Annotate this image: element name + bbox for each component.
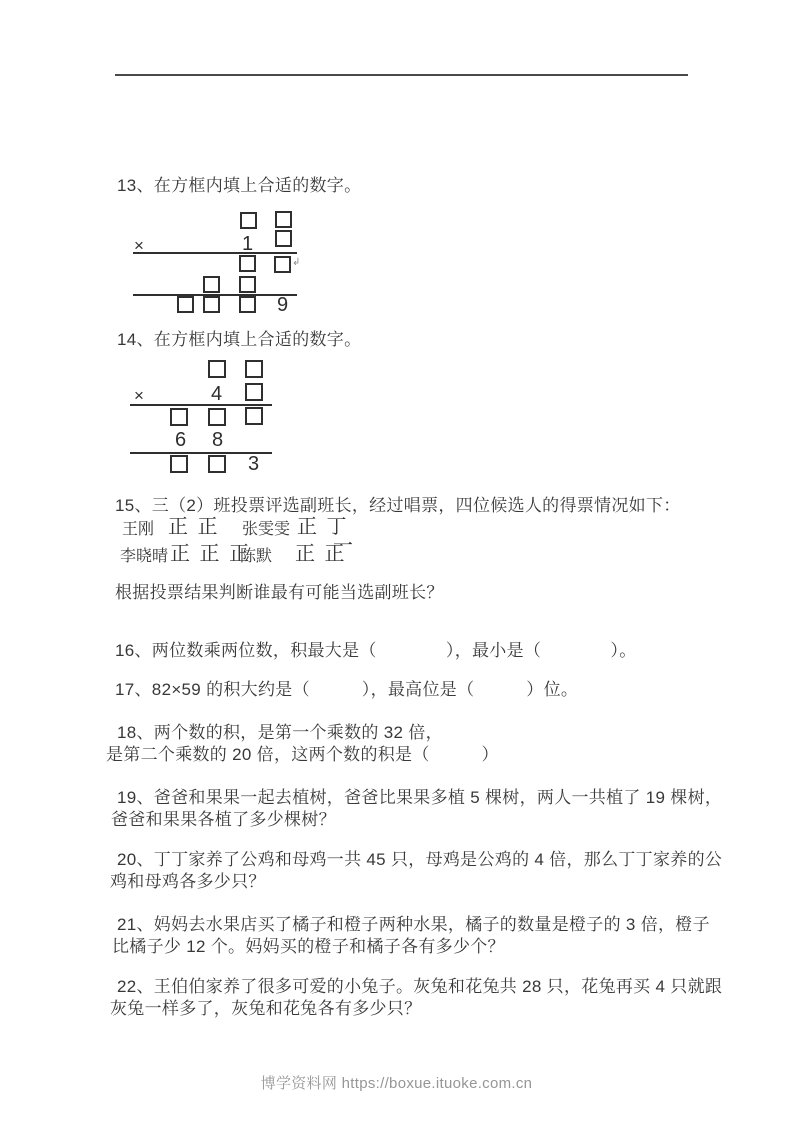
answer-box [245,407,263,425]
answer-box [245,360,263,378]
tally-marks: 正 正 [168,516,220,538]
multiply-sign: × [134,387,144,404]
problem-19-line1: 19、爸爸和果果一起去植树，爸爸比果果多植 5 棵树，两人一共植了 19 棵树， [117,788,722,808]
multiplier-digit: 1 [242,234,253,254]
answer-box [203,296,220,313]
answer-box [245,383,263,401]
answer-box [239,255,256,272]
problem-15-title: 15、三（2）班投票评选副班长，经过唱票，四位候选人的得票情况如下： [115,496,681,516]
problem-21-line2: 比橘子少 12 个。妈妈买的橙子和橘子各有多少个？ [112,937,505,957]
problem-20-line1: 20、丁丁家养了公鸡和母鸡一共 45 只，母鸡是公鸡的 4 倍，那么丁丁家养的公 [117,850,722,870]
candidate-name: 陈默 [240,547,272,566]
tally-marks: 正 正 正 [170,543,251,565]
problem-21-line1: 21、妈妈去水果店买了橘子和橙子两种水果，橘子的数量是橙子的 3 倍，橙子 [117,915,710,935]
stray-return-mark: ↲ [292,258,300,268]
problem-17-text: 17、82×59 的积大约是（ ），最高位是（ ）位。 [115,680,578,700]
answer-box [275,230,292,247]
problem-14-title: 14、在方框内填上合适的数字。 [117,330,361,350]
footer-watermark: 博学资料网 https://boxue.ituoke.com.cn [0,1074,793,1094]
problem-22-line2: 灰兔一样多了，灰兔和花兔各有多少只？ [110,999,421,1019]
product-digit: 9 [277,295,288,315]
answer-box [239,296,256,313]
problem-15-question: 根据投票结果判断谁最有可能当选副班长？ [115,583,444,603]
header-rule [115,74,688,76]
answer-box [275,211,292,228]
answer-box [208,455,226,473]
multiplier-digit: 4 [211,384,222,404]
candidate-name: 王刚 [122,520,154,539]
problem-18-line2: 是第二个乘数的 20 倍，这两个数的积是（ ） [106,745,499,765]
problem-20-line2: 鸡和母鸡各多少只？ [110,872,266,892]
answer-box [240,212,257,229]
tally-marks-extra: 一 [333,535,355,557]
product-digit: 3 [248,454,259,474]
answer-box [208,408,226,426]
problem-16-text: 16、两位数乘两位数，积最大是（ ），最小是（ ）。 [115,641,637,661]
answer-box [170,408,188,426]
partial-product-digit: 6 [175,430,186,450]
answer-box [208,360,226,378]
candidate-name: 李晓晴 [120,547,168,566]
partial-product-digit: 8 [212,430,223,450]
answer-box [177,296,194,313]
answer-box [239,276,256,293]
problem-22-line1: 22、王伯伯家养了很多可爱的小兔子。灰兔和花兔共 28 只，花兔再买 4 只就跟 [117,977,722,997]
problem-18-line1: 18、两个数的积，是第一个乘数的 32 倍， [117,723,443,743]
calc-line [133,252,297,254]
answer-box [274,256,291,273]
candidate-name: 张雯雯 [242,520,290,539]
calc-line [130,404,272,406]
answer-box [170,455,188,473]
problem-19-line2: 爸爸和果果各植了多少棵树？ [111,810,336,830]
answer-box [203,276,220,293]
worksheet-page: 13、在方框内填上合适的数字。 × 1 ↲ 9 14、在方框内填上合适的数字。 … [0,0,793,1122]
problem-13-title: 13、在方框内填上合适的数字。 [117,176,361,196]
